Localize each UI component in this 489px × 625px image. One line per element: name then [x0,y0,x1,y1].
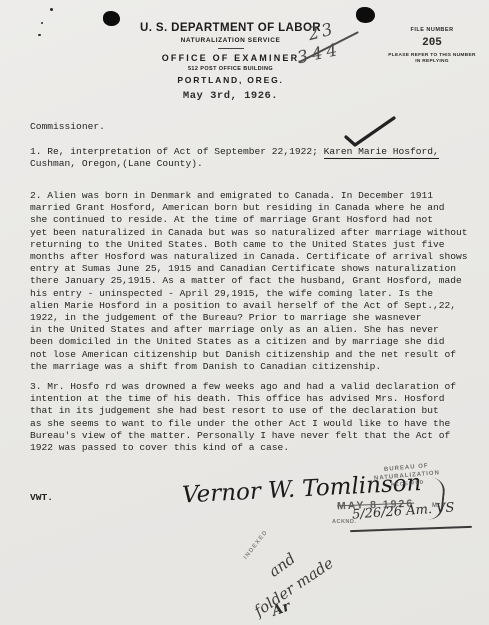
letter-date: May 3rd, 1926. [138,90,323,102]
paragraph-1-text: 1. Re, interpretation of Act of Septembe… [30,146,324,157]
scan-speck [41,22,43,24]
typist-initials: VWT. [30,492,53,504]
file-number-label: FILE NUMBER [378,27,486,33]
paragraph-3: 3. Mr. Hosfo rd was drowned a few weeks … [30,381,478,454]
scan-speck [38,34,41,36]
checkmark-icon [342,115,400,149]
paragraph-1-line2: Cushman, Oregon,(Lane County). [30,158,203,169]
ink-blob-top-left [103,11,120,26]
letterhead-divider [218,48,244,49]
received-stamp: BUREAU OF NATURALIZATION RECEIVED [351,459,463,492]
salutation: Commissioner. [30,121,105,133]
letterhead-address: 512 POST OFFICE BUILDING [138,66,323,72]
letterhead-department: U. S. DEPARTMENT OF LABOR [138,22,323,34]
file-number-value: 205 [378,37,486,49]
letterhead: U. S. DEPARTMENT OF LABOR NATURALIZATION… [138,22,323,102]
letterhead-city: PORTLAND, OREG. [138,75,323,85]
file-number-block: FILE NUMBER 205 PLEASE REFER TO THIS NUM… [378,27,486,65]
file-number-note-line2: IN REPLYING [378,59,486,65]
paragraph-2: 2. Alien was born in Denmark and emigrat… [30,190,478,373]
scanned-letter-page: U. S. DEPARTMENT OF LABOR NATURALIZATION… [0,0,489,625]
letterhead-service: NATURALIZATION SERVICE [138,37,323,44]
scan-speck [50,8,53,11]
handwritten-ack-underline [350,526,472,532]
subject-name: Karen Marie Hosford, [324,146,439,159]
ink-blob-top-right [356,7,375,23]
paragraph-1: 1. Re, interpretation of Act of Septembe… [30,146,475,170]
letterhead-office: OFFICE OF EXAMINER [138,53,323,63]
indexed-stamp: INDEXED [243,529,269,560]
